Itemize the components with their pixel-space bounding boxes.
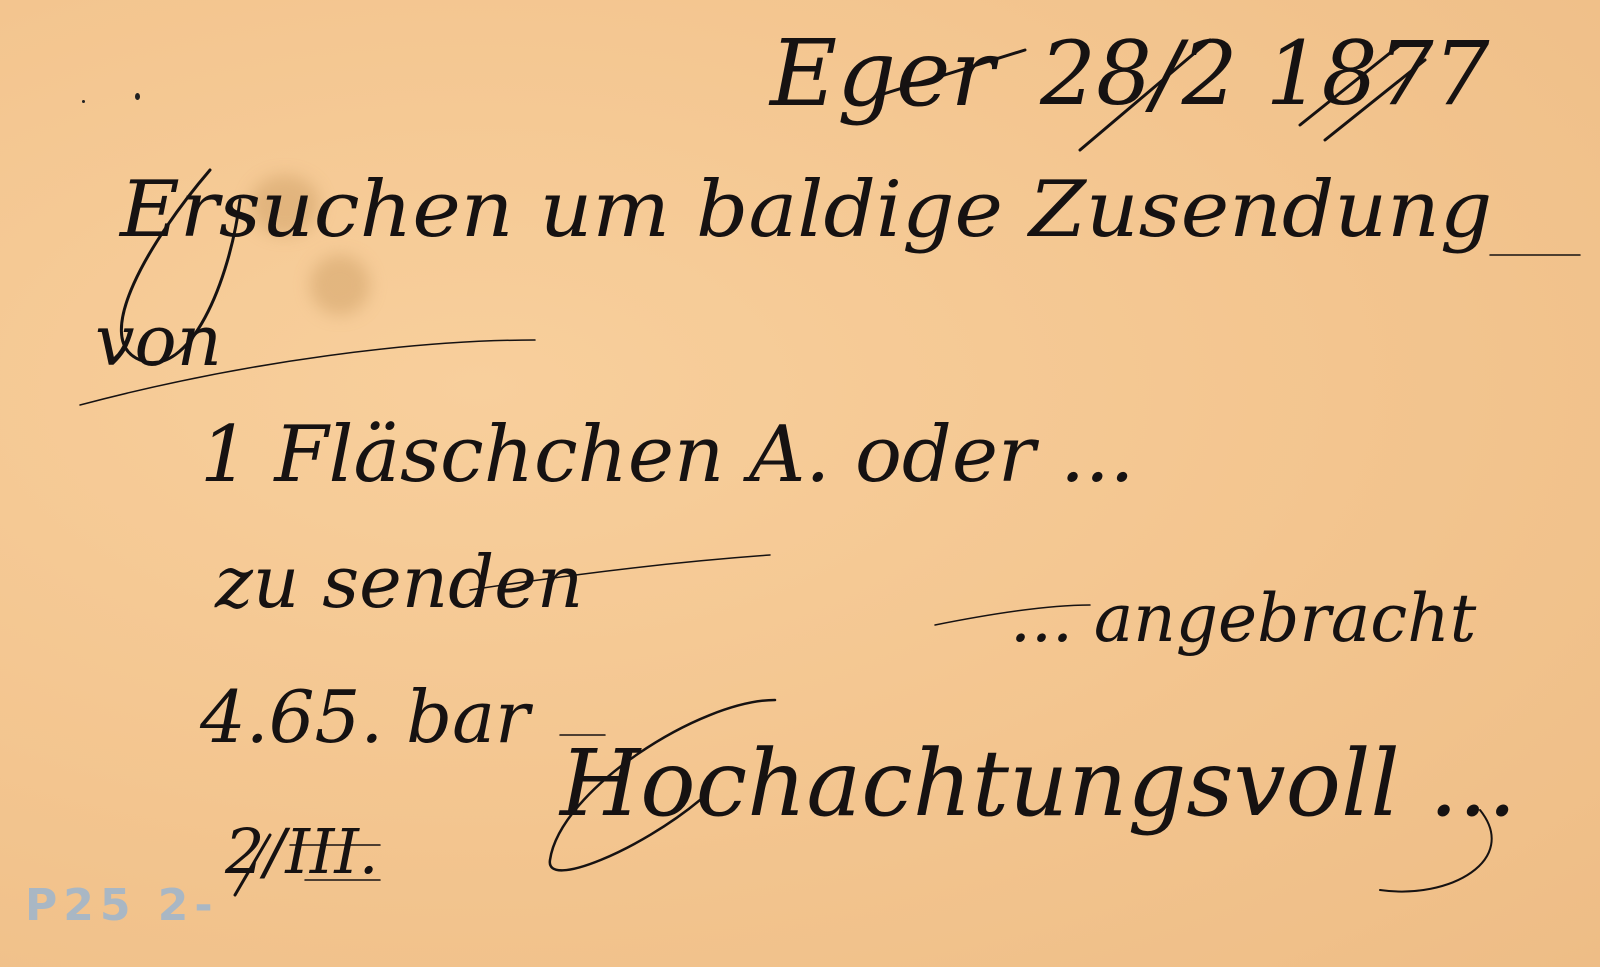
postcard: Eger 28/2 1877 Ersuchen um baldige Zusen…: [0, 0, 1600, 967]
pen-flourishes: [0, 0, 1600, 967]
